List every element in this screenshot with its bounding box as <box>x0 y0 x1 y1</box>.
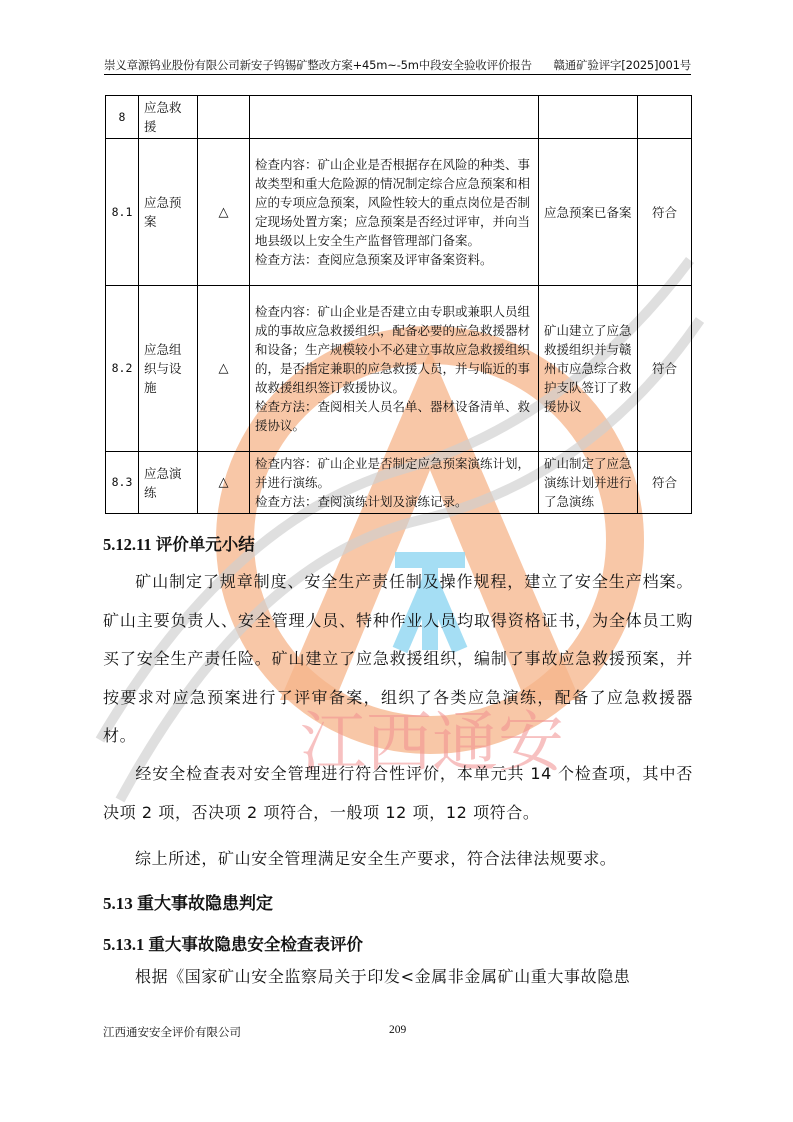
row-type <box>198 96 250 139</box>
row-fact: 矿山建立了应急救援组织并与赣州市应急综合救护支队签订了救援协议 <box>539 286 638 452</box>
row-content <box>250 96 539 139</box>
row-result: 符合 <box>638 139 692 286</box>
header-doc-number: 赣通矿验评字[2025]001号 <box>554 56 692 74</box>
row-content: 检查内容：矿山企业是否建立由专职或兼职人员组成的事故应急救援组织，配备必要的应急… <box>250 286 539 452</box>
row-number: 8.2 <box>106 286 139 452</box>
section-5-13-1-paragraph: 根据《国家矿山安全监察局关于印发<金属非金属矿山重大事故隐患 <box>103 958 693 997</box>
table-row: 8.3 应急演练 △ 检查内容：矿山企业是否制定应急预案演练计划，并进行演练。 … <box>106 452 692 514</box>
row-type: △ <box>198 452 250 514</box>
check-content: 检查内容：矿山企业是否制定应急预案演练计划，并进行演练。 <box>255 454 533 492</box>
row-fact <box>539 96 638 139</box>
row-fact: 矿山制定了应急演练计划并进行了急演练 <box>539 452 638 514</box>
section-heading-5-13-1: 5.13.1 重大事故隐患安全检查表评价 <box>103 931 363 955</box>
row-item: 应急预案 <box>139 139 198 286</box>
row-content: 检查内容：矿山企业是否制定应急预案演练计划，并进行演练。 检查方法：查阅演练计划… <box>250 452 539 514</box>
check-method: 检查方法：查阅演练计划及演练记录。 <box>255 492 533 511</box>
summary-paragraph-1: 矿山制定了规章制度、安全生产责任制及操作规程，建立了安全生产档案。矿山主要负责人… <box>103 563 693 756</box>
section-heading-5-13: 5.13 重大事故隐患判定 <box>103 889 273 914</box>
row-fact: 应急预案已备案 <box>539 139 638 286</box>
row-item: 应急救援 <box>139 96 198 139</box>
check-method: 检查方法：查阅相关人员名单、器材设备清单、救援协议。 <box>255 397 533 435</box>
header-title: 崇义章源钨业股份有限公司新安子钨锡矿整改方案+45m~-5m中段安全验收评价报告 <box>104 56 532 74</box>
row-number: 8 <box>106 96 139 139</box>
table-row: 8.1 应急预案 △ 检查内容：矿山企业是否根据存在风险的种类、事故类型和重大危… <box>106 139 692 286</box>
check-method: 检查方法：查阅应急预案及评审备案资料。 <box>255 250 533 269</box>
table-row: 8.2 应急组织与设施 △ 检查内容：矿山企业是否建立由专职或兼职人员组成的事故… <box>106 286 692 452</box>
row-type: △ <box>198 139 250 286</box>
row-content: 检查内容：矿山企业是否根据存在风险的种类、事故类型和重大危险源的情况制定综合应急… <box>250 139 539 286</box>
summary-paragraph-2: 经安全检查表对安全管理进行符合性评价，本单元共 14 个检查项，其中否决项 2 … <box>103 755 693 832</box>
row-item: 应急组织与设施 <box>139 286 198 452</box>
row-item: 应急演练 <box>139 452 198 514</box>
safety-check-table: 8 应急救援 8.1 应急预案 △ 检查内容：矿山企业是否根据存在风险的种类、事… <box>105 95 692 514</box>
footer-page-number: 209 <box>389 1024 406 1036</box>
table-row: 8 应急救援 <box>106 96 692 139</box>
summary-paragraph-3: 综上所述，矿山安全管理满足安全生产要求，符合法律法规要求。 <box>103 840 693 879</box>
check-content: 检查内容：矿山企业是否建立由专职或兼职人员组成的事故应急救援组织，配备必要的应急… <box>255 302 533 397</box>
page-header: 崇义章源钨业股份有限公司新安子钨锡矿整改方案+45m~-5m中段安全验收评价报告… <box>104 56 691 75</box>
row-result <box>638 96 692 139</box>
row-number: 8.1 <box>106 139 139 286</box>
footer-company: 江西通安安全评价有限公司 <box>103 1024 241 1040</box>
row-result: 符合 <box>638 452 692 514</box>
row-result: 符合 <box>638 286 692 452</box>
row-type: △ <box>198 286 250 452</box>
row-number: 8.3 <box>106 452 139 514</box>
check-content: 检查内容：矿山企业是否根据存在风险的种类、事故类型和重大危险源的情况制定综合应急… <box>255 155 533 250</box>
section-heading-5-12-11: 5.12.11 评价单元小结 <box>103 531 255 555</box>
